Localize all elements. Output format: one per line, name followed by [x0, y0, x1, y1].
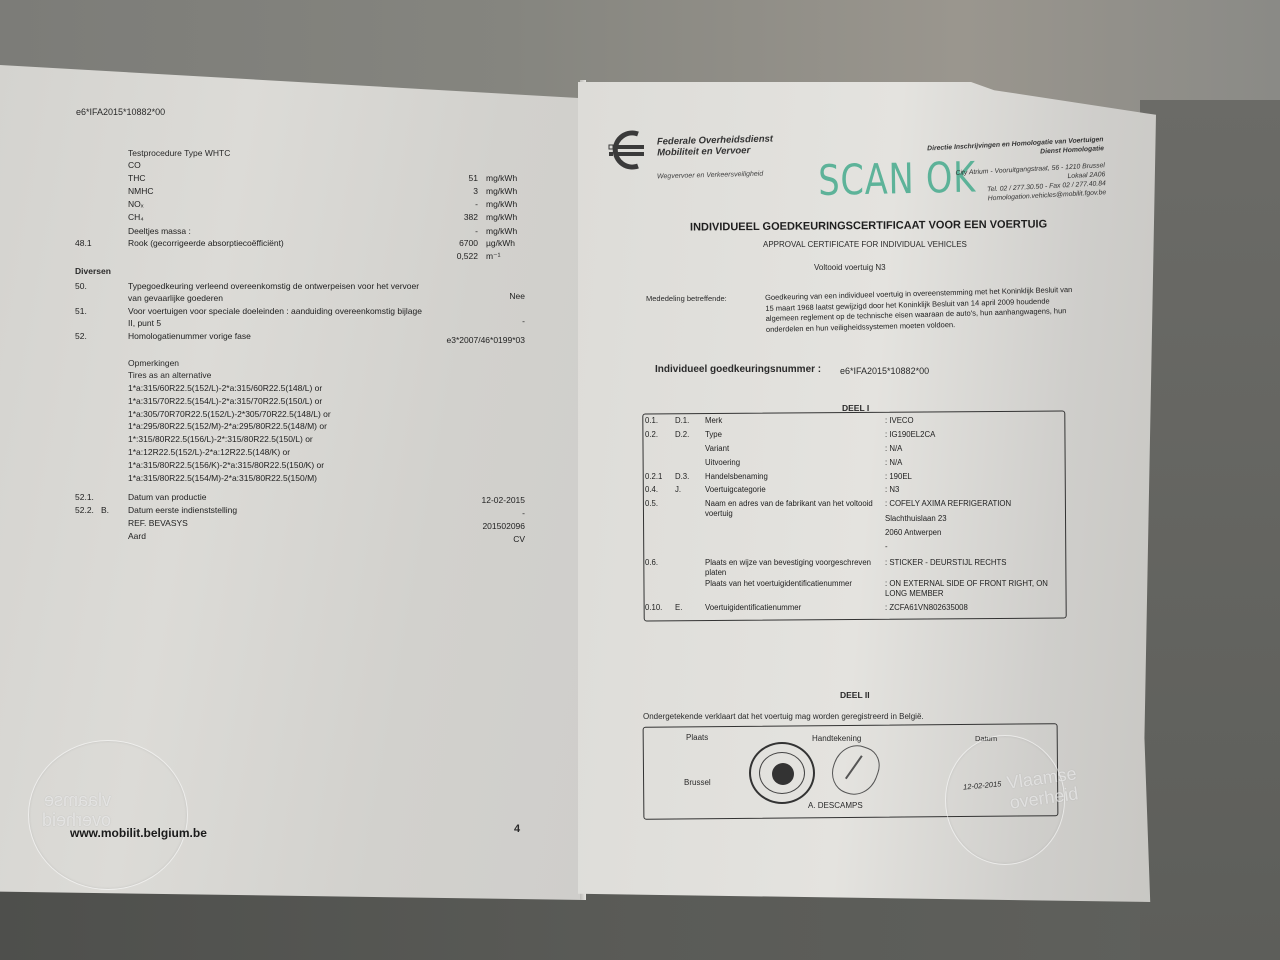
emission-unit: µg/kWh — [486, 238, 515, 248]
approval-number-label: Individueel goedkeuringsnummer : — [655, 364, 821, 375]
row-label: REF. BEVASYS — [128, 517, 428, 529]
emission-row: NOₓ-mg/kWh — [128, 199, 528, 212]
field-value: : ZCFA61VN802635008 — [885, 603, 1060, 613]
row-value: - — [522, 315, 525, 327]
official-seal-icon — [749, 742, 815, 804]
emission-value: 3 — [398, 186, 478, 196]
tire-option: 1*a:305/70R70R22.5(152/L)-2*305/70R22.5(… — [128, 409, 331, 419]
approval-number-value: e6*IFA2015*10882*00 — [840, 366, 929, 377]
tire-option: 1*a:315/80R22.5(156/K)-2*a:315/80R22.5(1… — [128, 460, 324, 470]
emission-value: 0,522 — [398, 251, 478, 261]
field-value: : 190EL — [885, 472, 1060, 482]
field-code-eu: E. — [675, 603, 682, 613]
row-value: e3*2007/46*0199*03 — [447, 334, 525, 346]
field-value: 2060 Antwerpen — [885, 528, 1060, 538]
row-label: Aard — [128, 530, 428, 542]
row-label: Homologatienummer vorige fase — [128, 330, 428, 342]
emission-label: NMHC — [128, 186, 154, 196]
row-number: 52.2. — [75, 504, 94, 516]
field-label: Variant — [705, 444, 880, 454]
field-label: Handelsbenaming — [705, 472, 880, 482]
field-code: 0.1. — [645, 416, 658, 426]
field-code-eu: D.3. — [675, 472, 689, 482]
tire-option: 1*a:315/80R22.5(154/M)-2*a:315/80R22.5(1… — [128, 473, 317, 483]
opmerkingen-heading: Opmerkingen — [128, 358, 179, 369]
agency-logo-icon — [608, 128, 652, 172]
plaats-value: Brussel — [684, 777, 711, 788]
emission-value: 51 — [398, 173, 478, 183]
tire-option: 1*a:295/80R22.5(152/M)-2*a:295/80R22.5(1… — [128, 421, 327, 431]
emission-value: - — [398, 226, 478, 236]
field-label: Plaats en wijze van bevestiging voorgesc… — [705, 558, 880, 578]
field-code: 0.2.1 — [645, 472, 662, 482]
row-value: Nee — [509, 290, 525, 302]
row-label: Datum eerste indienststelling — [128, 504, 428, 516]
field-label: Naam en adres van de fabrikant van het v… — [705, 499, 880, 519]
field-label: Merk — [705, 416, 880, 426]
field-value: : N3 — [885, 485, 1060, 495]
handtekening-label: Handtekening — [812, 733, 861, 744]
emission-label: Rook (gecorrigeerde absorptiecoëfficiënt… — [128, 238, 284, 248]
row-value: CV — [513, 533, 525, 545]
row-number: 48.1 — [75, 238, 92, 248]
embossed-seal-left-text: vlaamse overheid — [42, 790, 111, 830]
field-code: 0.6. — [645, 558, 658, 568]
emissions-heading: Testprocedure Type WHTC — [128, 148, 230, 159]
plaats-label: Plaats — [686, 732, 708, 743]
field-label: Uitvoering — [705, 458, 880, 468]
emission-unit: m⁻¹ — [486, 251, 500, 262]
emission-label: THC — [128, 173, 145, 183]
row-label: Voor voertuigen voor speciale doeleinden… — [128, 305, 428, 329]
field-value: : ON EXTERNAL SIDE OF FRONT RIGHT, ON LO… — [885, 579, 1060, 599]
emission-row: 0,522m⁻¹ — [128, 251, 528, 264]
row-number: 52.1. — [75, 491, 94, 503]
field-code-eu: J. — [675, 485, 681, 495]
table-surface-right — [1140, 100, 1280, 960]
emission-unit: mg/kWh — [486, 173, 517, 183]
emission-label: Deeltjes massa : — [128, 226, 191, 236]
emission-row: 48.1Rook (gecorrigeerde absorptiecoëffic… — [128, 238, 528, 251]
diversen-heading: Diversen — [75, 266, 111, 277]
row-label: Typegoedkeuring verleend overeenkomstig … — [128, 280, 428, 304]
signer-name: A. DESCAMPS — [808, 800, 863, 811]
tire-option: 1*:315/80R22.5(156/L)-2*:315/80R22.5(150… — [128, 434, 313, 444]
tire-option: 1*a:315/70R22.5(154/L)-2*a:315/70R22.5(1… — [128, 396, 322, 406]
field-value: : IG190EL2CA — [885, 430, 1060, 440]
field-label: Voertuigcategorie — [705, 485, 880, 495]
footer-url: www.mobilit.belgium.be — [70, 828, 207, 839]
row-code: B. — [101, 504, 109, 516]
row-value: 12-02-2015 — [482, 494, 525, 506]
emission-value: 382 — [398, 212, 478, 222]
field-value: Slachthuislaan 23 — [885, 514, 1060, 524]
row-value: 201502096 — [482, 520, 525, 532]
emission-row: CH₄382mg/kWh — [128, 212, 528, 225]
field-value: - — [885, 542, 1060, 552]
field-code: 0.10. — [645, 603, 662, 613]
field-value: : COFELY AXIMA REFRIGERATION — [885, 499, 1060, 509]
field-code: 0.4. — [645, 485, 658, 495]
emission-row: THC51mg/kWh — [128, 173, 528, 186]
emission-unit: mg/kWh — [486, 212, 517, 222]
emission-label: CO — [128, 160, 141, 170]
field-code-eu: D.2. — [675, 430, 689, 440]
page-number: 4 — [514, 824, 520, 835]
directorate-block: Directie Inschrijvingen en Homologatie v… — [919, 135, 1107, 207]
deel2-statement: Ondergetekende verklaart dat het voertui… — [643, 711, 924, 722]
agency-name: Federale Overheidsdienst Mobiliteit en V… — [657, 133, 774, 158]
field-value: : IVECO — [885, 416, 1060, 426]
emission-value: - — [398, 199, 478, 209]
field-value: : N/A — [885, 458, 1060, 468]
row-number: 52. — [75, 330, 87, 342]
emission-unit: mg/kWh — [486, 199, 517, 209]
row-value: - — [522, 507, 525, 519]
emission-row: NMHC3mg/kWh — [128, 186, 528, 199]
field-label: Voertuigidentificatienummer — [705, 603, 880, 613]
field-code-eu: D.1. — [675, 416, 689, 426]
vehicle-status: Voltooid voertuig N3 — [814, 262, 886, 273]
emission-row: CO — [128, 160, 528, 173]
field-value: : STICKER - DEURSTIJL RECHTS — [885, 558, 1060, 568]
emission-unit: mg/kWh — [486, 186, 517, 196]
emission-label: CH₄ — [128, 212, 144, 222]
certificate-subtitle: APPROVAL CERTIFICATE FOR INDIVIDUAL VEHI… — [763, 239, 967, 250]
row-number: 50. — [75, 280, 87, 292]
mededeling-text: Goedkeuring van een individueel voertuig… — [765, 285, 1076, 335]
field-value: : N/A — [885, 444, 1060, 454]
tires-subheading: Tires as an alternative — [128, 370, 211, 381]
deel2-title: DEEL II — [840, 690, 870, 701]
doc-number: e6*IFA2015*10882*00 — [76, 107, 165, 118]
field-code: 0.2. — [645, 430, 658, 440]
mededeling-label: Mededeling betreffende: — [646, 293, 727, 304]
emission-unit: mg/kWh — [486, 226, 517, 236]
field-label: Type — [705, 430, 880, 440]
field-label: Plaats van het voertuigidentificatienumm… — [705, 579, 880, 589]
tire-option: 1*a:315/60R22.5(152/L)-2*a:315/60R22.5(1… — [128, 383, 322, 393]
emission-value: 6700 — [398, 238, 478, 248]
field-code: 0.5. — [645, 499, 658, 509]
row-number: 51. — [75, 305, 87, 317]
emission-label: NOₓ — [128, 199, 144, 209]
row-label: Datum van productie — [128, 491, 428, 503]
tire-option: 1*a:12R22.5(152/L)-2*a:12R22.5(148/K) or — [128, 447, 290, 457]
